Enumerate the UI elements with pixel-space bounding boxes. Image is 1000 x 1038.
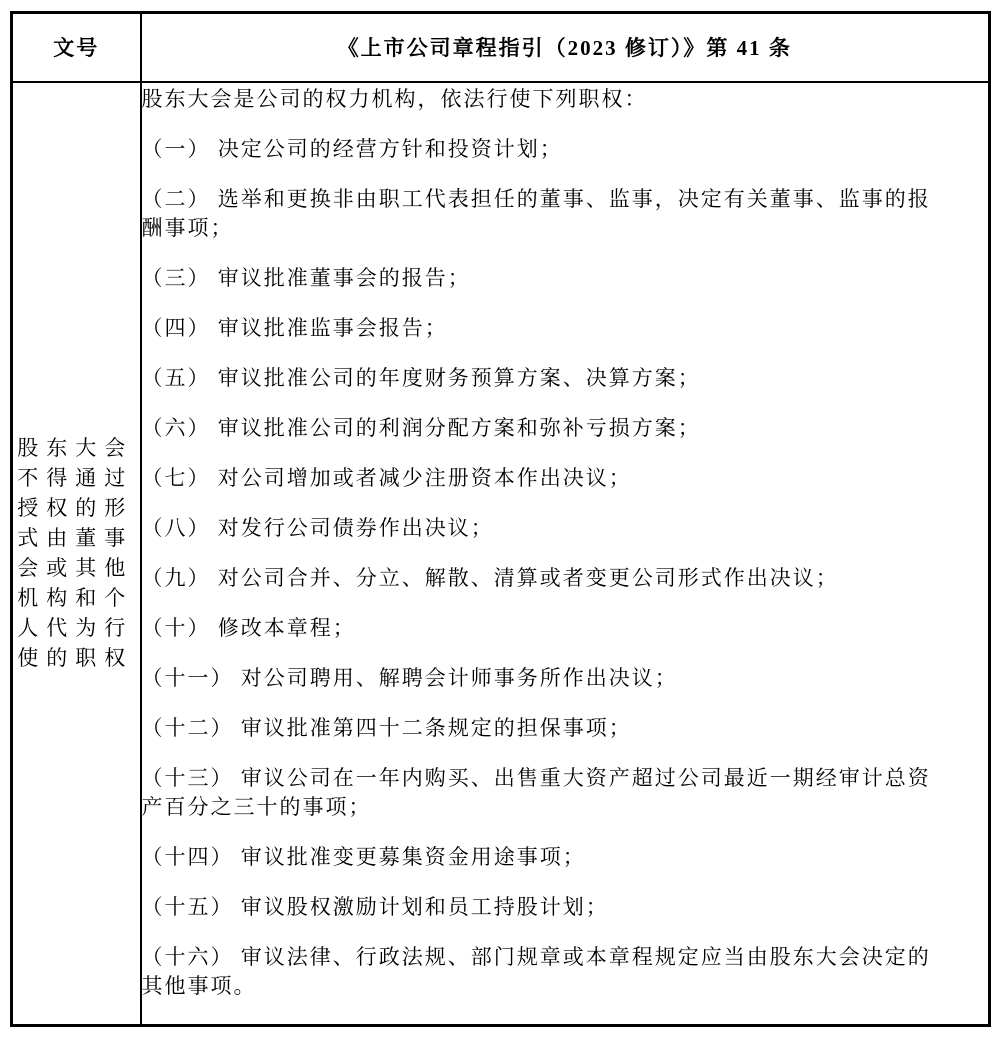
provision-paragraph: （五） 审议批准公司的年度财务预算方案、决算方案；: [142, 364, 942, 393]
provision-paragraph: （十五） 审议股权激励计划和员工持股计划；: [142, 893, 942, 922]
row-label-text: 股东大会不得通过授权的形式由董事会或其他机构和个人代为行使的职权: [17, 433, 135, 673]
regulation-title: 《上市公司章程指引（2023 修订）》第 41 条: [338, 36, 792, 60]
provision-paragraph: （十六） 审议法律、行政法规、部门规章或本章程规定应当由股东大会决定的其他事项。: [142, 943, 942, 1001]
table-header-row: 文号 《上市公司章程指引（2023 修订）》第 41 条: [12, 13, 990, 82]
provision-paragraph: （十一） 对公司聘用、解聘会计师事务所作出决议；: [142, 664, 942, 693]
table-body-row: 股东大会不得通过授权的形式由董事会或其他机构和个人代为行使的职权 股东大会是公司…: [12, 82, 990, 1026]
title-header-cell: 《上市公司章程指引（2023 修订）》第 41 条: [141, 13, 990, 82]
provision-paragraph: （十） 修改本章程；: [142, 614, 942, 643]
doc-number-header-cell: 文号: [12, 13, 141, 82]
provision-paragraph: （十三） 审议公司在一年内购买、出售重大资产超过公司最近一期经审计总资产百分之三…: [142, 764, 942, 822]
provision-paragraph: 股东大会是公司的权力机构，依法行使下列职权：: [142, 85, 942, 114]
document-page: 文号 《上市公司章程指引（2023 修订）》第 41 条 股东大会不得通过授权的…: [0, 0, 1000, 1038]
provision-paragraph: （七） 对公司增加或者减少注册资本作出决议；: [142, 464, 942, 493]
provision-paragraph: （三） 审议批准董事会的报告；: [142, 264, 942, 293]
provision-paragraph: （十二） 审议批准第四十二条规定的担保事项；: [142, 714, 942, 743]
provision-paragraph: （二） 选举和更换非由职工代表担任的董事、监事，决定有关董事、监事的报酬事项；: [142, 185, 942, 243]
provision-content-cell: 股东大会是公司的权力机构，依法行使下列职权：（一） 决定公司的经营方针和投资计划…: [141, 82, 990, 1026]
doc-number-label: 文号: [53, 36, 99, 60]
provision-paragraph: （一） 决定公司的经营方针和投资计划；: [142, 135, 942, 164]
regulation-table: 文号 《上市公司章程指引（2023 修订）》第 41 条 股东大会不得通过授权的…: [10, 11, 991, 1027]
provision-paragraph: （四） 审议批准监事会报告；: [142, 314, 942, 343]
provision-paragraph: （八） 对发行公司债券作出决议；: [142, 514, 942, 543]
row-label-cell: 股东大会不得通过授权的形式由董事会或其他机构和个人代为行使的职权: [12, 82, 141, 1026]
provision-list: 股东大会是公司的权力机构，依法行使下列职权：（一） 决定公司的经营方针和投资计划…: [142, 85, 942, 1001]
provision-paragraph: （六） 审议批准公司的利润分配方案和弥补亏损方案；: [142, 414, 942, 443]
provision-paragraph: （十四） 审议批准变更募集资金用途事项；: [142, 843, 942, 872]
provision-paragraph: （九） 对公司合并、分立、解散、清算或者变更公司形式作出决议；: [142, 564, 942, 593]
